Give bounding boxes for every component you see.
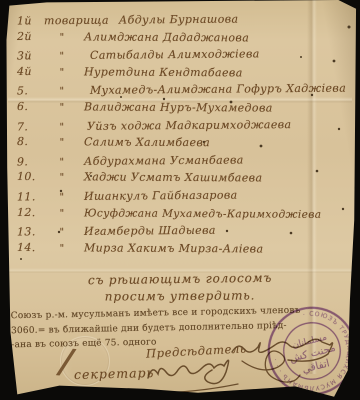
secretary-signature	[148, 360, 229, 383]
item-prefix: товарища	[42, 14, 117, 28]
paper-speckles	[0, 0, 2, 2]
list-item: 14."Мирза Хакимъ Мирза-Аліева	[17, 241, 352, 261]
item-name: Валиджана Нуръ-Мухамедова	[82, 100, 273, 114]
signature-tail	[120, 384, 238, 393]
item-name: Мухамедъ-Алимджана Гофуръ Хаджіева	[82, 82, 346, 97]
item-name: Абдурахмана Усманбаева	[82, 153, 244, 167]
item-name: Уйзъ ходжа Мадкаримходжаева	[82, 118, 292, 133]
list-item: 8."Салимъ Халимбаева	[17, 135, 352, 155]
secretary-label: секретарь	[74, 365, 155, 382]
ditto-mark: "	[42, 157, 82, 168]
list-item: 1йтоварищаАбдулы Бурнашова	[17, 12, 352, 33]
item-number: 14.	[17, 241, 42, 254]
item-number: 6.	[17, 100, 42, 113]
item-number: 7.	[17, 120, 42, 133]
list-item: 11."Ишанкулъ Гайбназарова	[17, 187, 352, 208]
item-name: Игамберды Шадыева	[82, 224, 216, 238]
item-number: 1й	[17, 14, 42, 27]
item-name: Салимъ Халимбаева	[82, 136, 210, 150]
ditto-mark: "	[42, 192, 82, 203]
ditto-mark: "	[42, 86, 82, 97]
item-name: Мирза Хакимъ Мирза-Аліева	[82, 241, 263, 255]
item-name: Ишанкулъ Гайбназарова	[82, 188, 238, 202]
list-item: 6."Валиджана Нуръ-Мухамедова	[17, 100, 352, 120]
ditto-mark: "	[42, 243, 82, 254]
paper-sheet: 1йтоварищаАбдулы Бурнашова 2й"Алимджана …	[0, 0, 360, 400]
ditto-mark: "	[42, 51, 82, 62]
document-photo: 1йтоварищаАбдулы Бурнашова 2й"Алимджана …	[0, 0, 360, 400]
item-number: 10.	[17, 170, 42, 183]
item-number: 4й	[17, 65, 42, 78]
ditto-mark: "	[42, 121, 82, 132]
ditto-mark: "	[42, 208, 82, 219]
item-number: 8.	[17, 135, 42, 148]
item-number: 11.	[17, 190, 42, 203]
list-item: 13."Игамберды Шадыева	[17, 223, 352, 244]
item-name: Сатыбалды Алимходжіева	[82, 48, 260, 63]
item-name: Алимджана Дададжанова	[82, 30, 249, 44]
ditto-mark: "	[42, 32, 82, 43]
member-list: 1йтоварищаАбдулы Бурнашова 2й"Алимджана …	[17, 13, 352, 259]
list-item: 3й"Сатыбалды Алимходжіева	[17, 47, 352, 68]
closing-line-approve: просимъ утвердить.	[0, 288, 360, 305]
ditto-mark: "	[42, 172, 82, 183]
item-number: 12.	[17, 206, 42, 219]
ditto-mark: "	[42, 67, 82, 78]
ditto-mark: "	[42, 137, 82, 148]
item-number: 9.	[17, 155, 42, 168]
item-name: Нуретдина Кендтабаева	[82, 65, 243, 79]
item-name: Абдулы Бурнашова	[117, 13, 239, 27]
item-number: 13.	[17, 225, 42, 238]
item-number: 5.	[17, 85, 42, 98]
item-number: 2й	[17, 30, 42, 43]
ditto-mark: "	[42, 227, 82, 238]
ditto-mark: "	[42, 102, 82, 113]
item-number: 3й	[17, 49, 42, 62]
item-name: Хаджи Усматъ Хашимбаева	[82, 171, 263, 185]
item-name: Юсуфджана Мухамедъ-Каримходжіева	[82, 207, 321, 220]
